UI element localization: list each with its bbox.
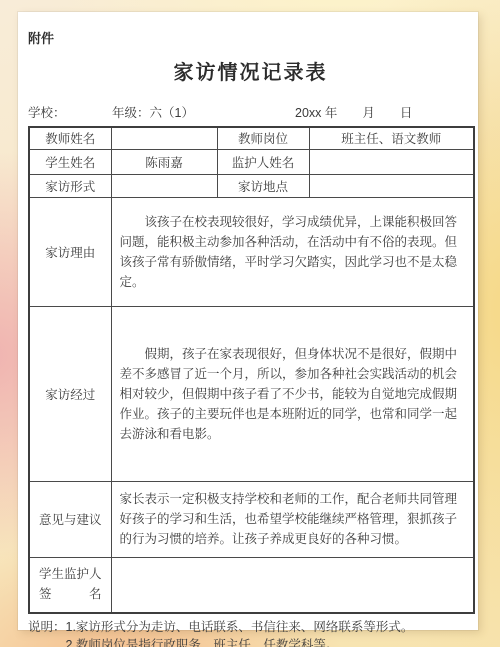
teacher-post-value: 班主任、语文教师 xyxy=(309,127,474,149)
guardian-signature-label-line1: 学生监护人 xyxy=(39,565,102,584)
guardian-signature-label-line2: 签 名 xyxy=(39,585,102,604)
guardian-signature-label: 学生监护人 签 名 xyxy=(29,557,111,613)
visit-process-label: 家访经过 xyxy=(29,306,111,481)
guardian-name-value xyxy=(309,149,474,174)
visit-form-label: 家访形式 xyxy=(29,174,111,197)
table-row-suggestion: 意见与建议 家长表示一定积极支持学校和老师的工作，配合老师共同管理好孩子的学习和… xyxy=(29,481,474,557)
table-row-reason: 家访理由 该孩子在校表现较很好，学习成绩优异，上课能积极回答问题，能积极主动参加… xyxy=(29,197,474,306)
table-row-teacher: 教师姓名 教师岗位 班主任、语文教师 xyxy=(29,127,474,149)
guardian-signature-value xyxy=(111,557,474,613)
visit-form-value xyxy=(111,174,217,197)
home-visit-record-table: 教师姓名 教师岗位 班主任、语文教师 学生姓名 陈雨嘉 监护人姓名 家访形式 家… xyxy=(28,126,475,614)
form-title: 家访情况记录表 xyxy=(28,56,473,85)
visit-reason-label: 家访理由 xyxy=(29,197,111,306)
form-notes: 说明：1.家访形式分为走访、电话联系、书信往来、网络联系等形式。 2.教师岗位是… xyxy=(28,619,473,647)
date-label: 20xx 年 月 日 xyxy=(295,103,412,121)
note-line-1: 说明：1.家访形式分为走访、电话联系、书信往来、网络联系等形式。 xyxy=(28,619,473,637)
teacher-name-value xyxy=(111,127,217,149)
student-name-label: 学生姓名 xyxy=(29,149,111,174)
teacher-post-label: 教师岗位 xyxy=(217,127,309,149)
suggestion-label: 意见与建议 xyxy=(29,481,111,557)
sign-char: 签 xyxy=(39,585,52,604)
attachment-label: 附件 xyxy=(28,28,473,47)
visit-reason-text: 该孩子在校表现较很好，学习成绩优异，上课能积极回答问题，能积极主动参加各种活动，… xyxy=(111,197,474,306)
suggestion-text: 家长表示一定积极支持学校和老师的工作，配合老师共同管理好孩子的学习和生活，也希望… xyxy=(111,481,474,557)
guardian-name-label: 监护人姓名 xyxy=(217,149,309,174)
table-row-student: 学生姓名 陈雨嘉 监护人姓名 xyxy=(29,149,474,174)
grade-label: 年级：六（1） xyxy=(112,103,194,121)
table-row-process: 家访经过 假期，孩子在家表现很好，但身体状况不是很好，假期中差不多感冒了近一个月… xyxy=(29,306,474,481)
form-header-line: 学校： 年级：六（1） 20xx 年 月 日 xyxy=(28,103,473,121)
visit-process-text: 假期，孩子在家表现很好，但身体状况不是很好，假期中差不多感冒了近一个月，所以，参… xyxy=(111,306,474,481)
school-label: 学校： xyxy=(28,103,66,121)
form-page: 附件 家访情况记录表 学校： 年级：六（1） 20xx 年 月 日 教师姓名 教… xyxy=(18,12,478,630)
table-row-visit-form: 家访形式 家访地点 xyxy=(29,174,474,197)
visit-place-label: 家访地点 xyxy=(217,174,309,197)
table-row-signature: 学生监护人 签 名 xyxy=(29,557,474,613)
visit-place-value xyxy=(309,174,474,197)
student-name-value: 陈雨嘉 xyxy=(111,149,217,174)
teacher-name-label: 教师姓名 xyxy=(29,127,111,149)
name-char: 名 xyxy=(89,585,102,604)
note-line-2: 2.教师岗位是指行政职务、班主任、任教学科等。 xyxy=(66,637,474,647)
